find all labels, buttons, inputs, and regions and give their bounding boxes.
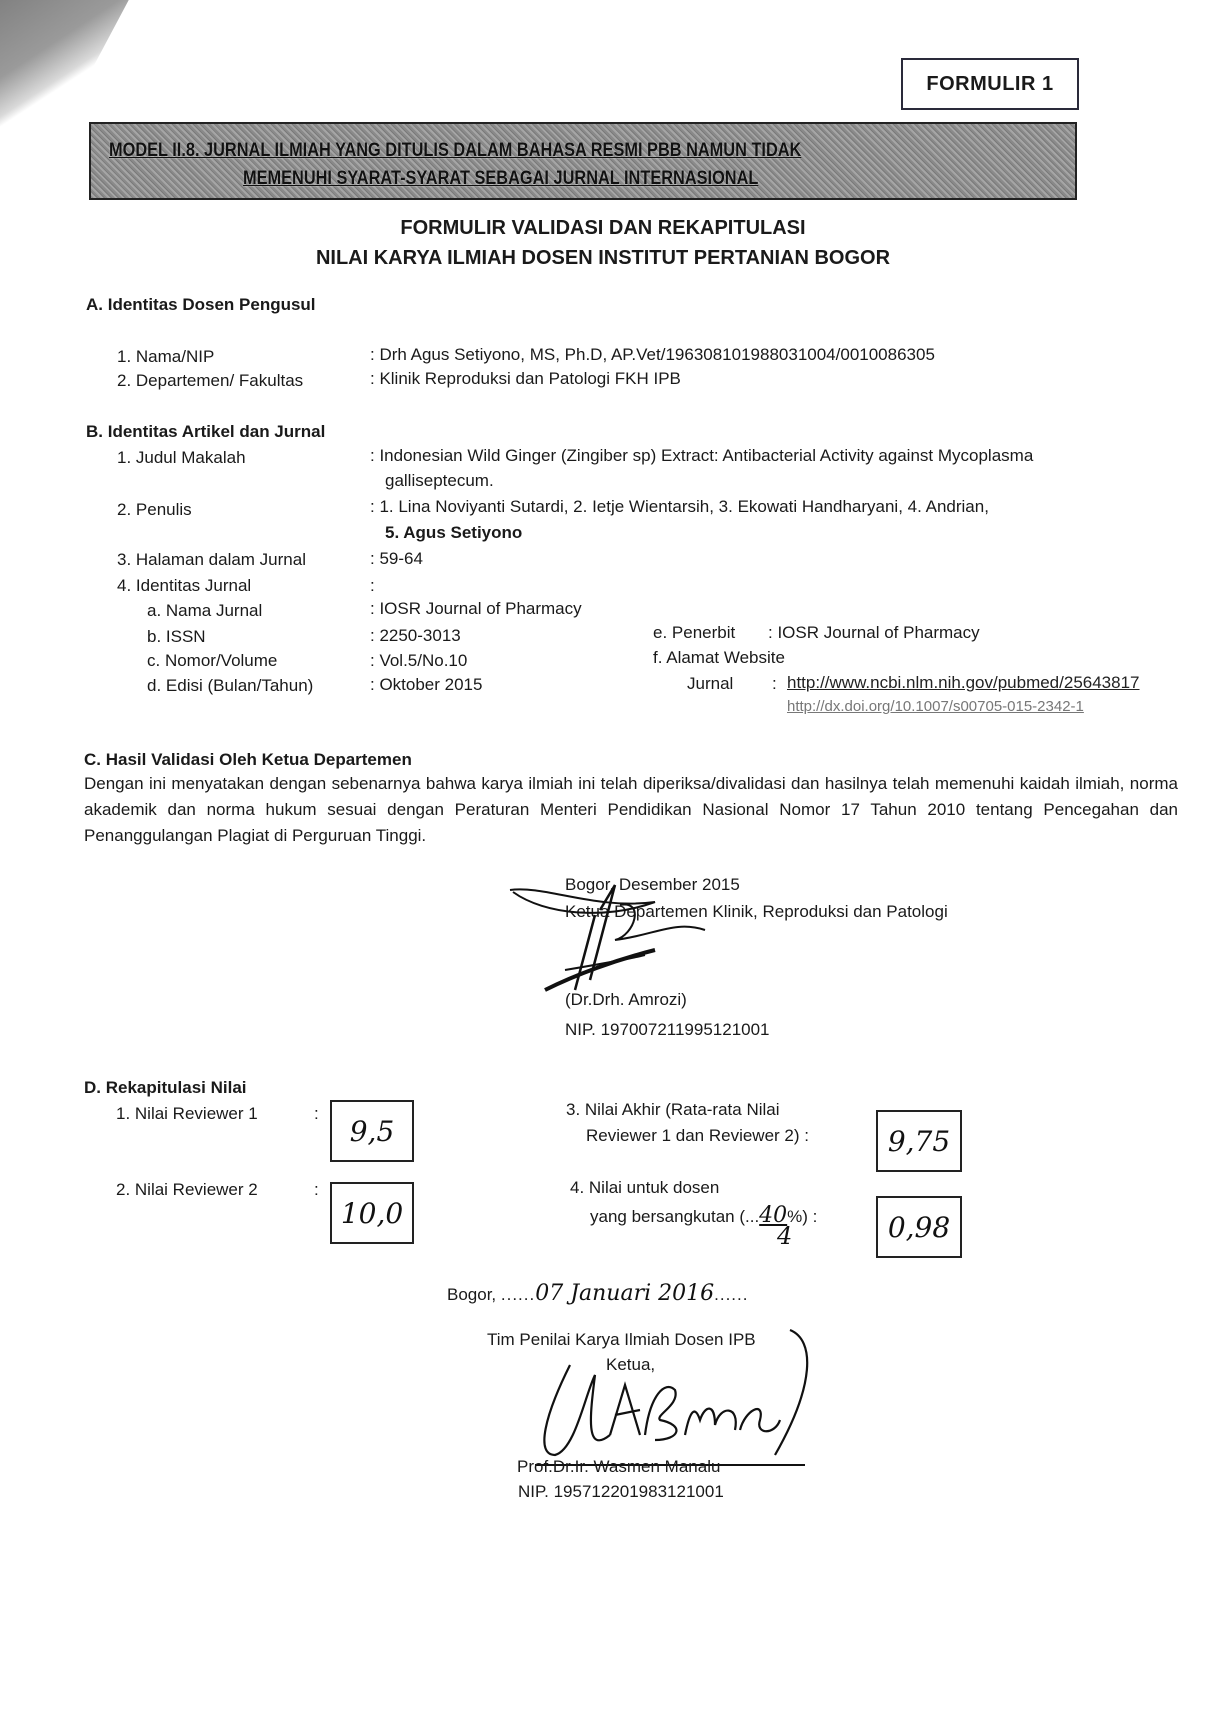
validation-paragraph: Dengan ini menyatakan dengan sebenarnya … — [84, 771, 1178, 849]
nama-jurnal-value: : IOSR Journal of Pharmacy — [370, 599, 582, 619]
team-chair-name: Prof.Dr.Ir. Wasmen Manalu — [517, 1457, 720, 1477]
final-score-label-line2: Reviewer 1 dan Reviewer 2) : — [586, 1126, 809, 1146]
final-score: 9,75 — [888, 1125, 950, 1158]
reviewer1-label: 1. Nilai Reviewer 1 — [116, 1104, 258, 1124]
penerbit-value: : IOSR Journal of Pharmacy — [768, 623, 980, 643]
formulir-number-box: FORMULIR 1 — [901, 58, 1079, 110]
issn-label: b. ISSN — [147, 627, 206, 647]
penulis-value-line1: : 1. Lina Noviyanti Sutardi, 2. Ietje Wi… — [370, 497, 989, 517]
identitas-jurnal-label: 4. Identitas Jurnal — [117, 576, 251, 596]
penulis-value-line2: 5. Agus Setiyono — [385, 523, 522, 543]
section-b-heading: B. Identitas Artikel dan Jurnal — [86, 422, 325, 442]
penerbit-label: e. Penerbit — [653, 623, 735, 643]
halaman-value: : 59-64 — [370, 549, 423, 569]
dosen-label-prefix: yang bersangkutan (... — [590, 1207, 759, 1226]
model-banner: MODEL II.8. JURNAL ILMIAH YANG DITULIS D… — [89, 122, 1077, 200]
reviewer1-score: 9,5 — [350, 1115, 395, 1148]
reviewer2-score: 10,0 — [341, 1197, 403, 1230]
nomor-volume-label: c. Nomor/Volume — [147, 651, 277, 671]
team-chair-nip: NIP. 195712201983121001 — [518, 1482, 724, 1502]
penulis-label: 2. Penulis — [117, 500, 192, 520]
dosen-score-box: 0,98 — [876, 1196, 962, 1258]
final-score-label-line1: 3. Nilai Akhir (Rata-rata Nilai — [566, 1100, 780, 1120]
departemen-value: : Klinik Reproduksi dan Patologi FKH IPB — [370, 369, 681, 389]
team-chair-signature — [515, 1325, 815, 1470]
nama-nip-value: : Drh Agus Setiyono, MS, Ph.D, AP.Vet/19… — [370, 345, 935, 365]
nomor-volume-value: : Vol.5/No.10 — [370, 651, 467, 671]
judul-value-line1: : Indonesian Wild Ginger (Zingiber sp) E… — [370, 446, 1033, 466]
reviewer1-score-box: 9,5 — [330, 1100, 414, 1162]
edisi-value: : Oktober 2015 — [370, 675, 482, 695]
dept-head-signature — [505, 880, 725, 1000]
nama-jurnal-label: a. Nama Jurnal — [147, 601, 262, 621]
reviewer2-colon: : — [314, 1180, 319, 1200]
issn-value: : 2250-3013 — [370, 626, 461, 646]
reviewer1-colon: : — [314, 1104, 319, 1124]
halaman-label: 3. Halaman dalam Jurnal — [117, 550, 306, 570]
reviewer2-label: 2. Nilai Reviewer 2 — [116, 1180, 258, 1200]
model-banner-line2: MEMENUHI SYARAT-SYARAT SEBAGAI JURNAL IN… — [243, 168, 758, 190]
formulir-label: FORMULIR 1 — [926, 73, 1053, 96]
final-score-box: 9,75 — [876, 1110, 962, 1172]
dosen-score: 0,98 — [888, 1211, 950, 1244]
section-d-heading: D. Rekapitulasi Nilai — [84, 1078, 247, 1098]
nama-nip-label: 1. Nama/NIP — [117, 347, 214, 367]
form-title-line1: FORMULIR VALIDASI DAN REKAPITULASI — [0, 217, 1206, 240]
team-place-date: Bogor, ......07 Januari 2016...... — [447, 1281, 748, 1306]
pubmed-link[interactable]: http://www.ncbi.nlm.nih.gov/pubmed/25643… — [787, 673, 1140, 693]
jurnal-url-label: Jurnal — [687, 674, 733, 694]
dosen-score-label-line1: 4. Nilai untuk dosen — [570, 1178, 719, 1198]
model-banner-line1: MODEL II.8. JURNAL ILMIAH YANG DITULIS D… — [109, 140, 801, 162]
identitas-jurnal-colon: : — [370, 576, 375, 596]
section-c-heading: C. Hasil Validasi Oleh Ketua Departemen — [84, 750, 412, 770]
dosen-percent-divisor: 4 — [777, 1222, 792, 1250]
edisi-label: d. Edisi (Bulan/Tahun) — [147, 676, 313, 696]
judul-value-line2: galliseptecum. — [385, 471, 494, 491]
dept-head-nip: NIP. 197007211995121001 — [565, 1020, 770, 1040]
jurnal-url-colon: : — [772, 674, 777, 694]
departemen-label: 2. Departemen/ Fakultas — [117, 371, 303, 391]
judul-label: 1. Judul Makalah — [117, 448, 246, 468]
reviewer2-score-box: 10,0 — [330, 1182, 414, 1244]
form-title-line2: NILAI KARYA ILMIAH DOSEN INSTITUT PERTAN… — [0, 247, 1206, 270]
doi-link[interactable]: http://dx.doi.org/10.1007/s00705-015-234… — [787, 698, 1084, 715]
section-a-heading: A. Identitas Dosen Pengusul — [86, 295, 316, 315]
team-date-handwritten: 07 Januari 2016 — [535, 1281, 714, 1306]
team-place: Bogor, — [447, 1285, 501, 1304]
alamat-website-label: f. Alamat Website — [653, 648, 785, 668]
